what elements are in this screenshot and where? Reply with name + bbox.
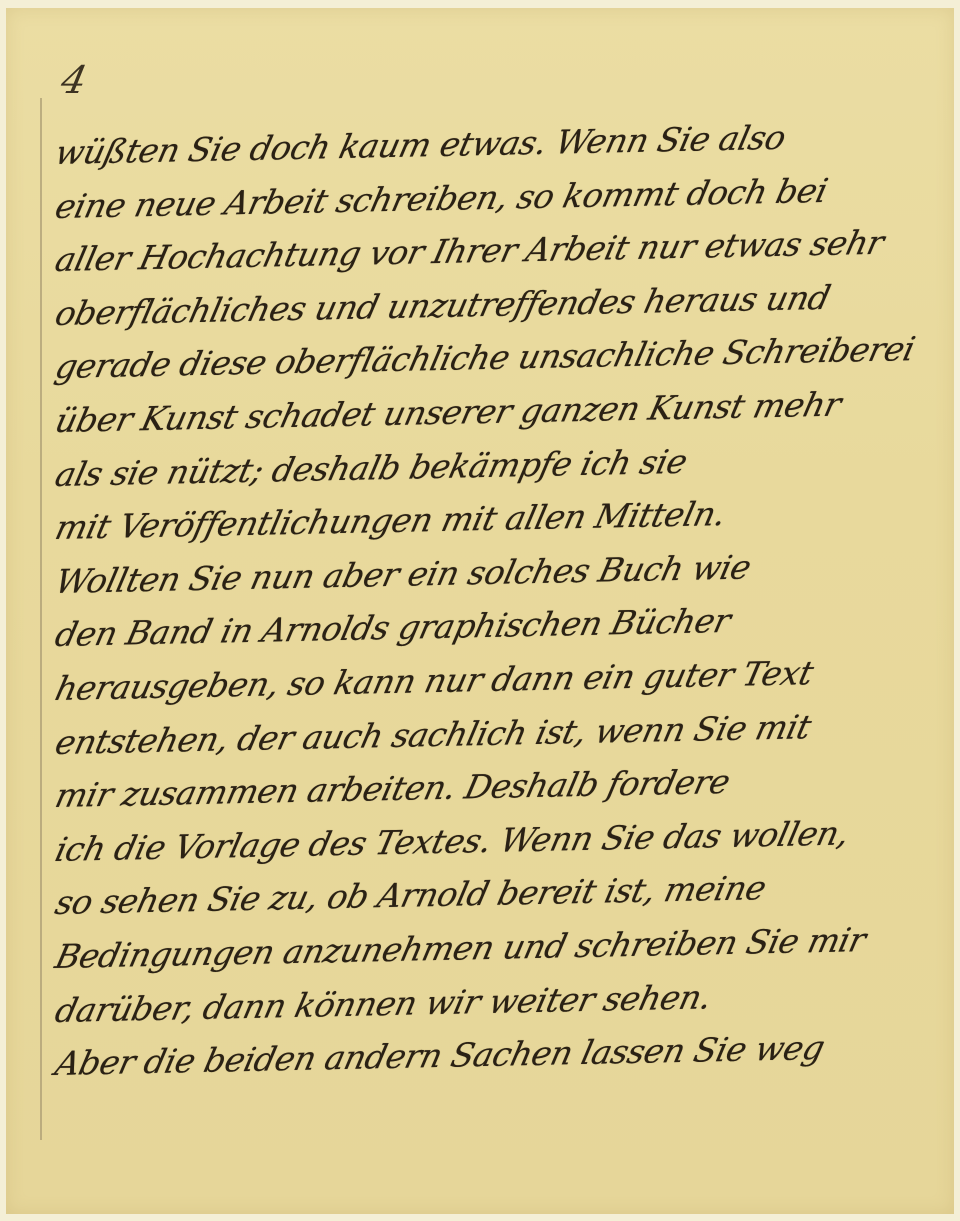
handwritten-text: wüßten Sie doch kaum etwas. Wenn Sie als… [56,126,936,1091]
page-number: 4 [57,58,91,102]
letter-page: 4 wüßten Sie doch kaum etwas. Wenn Sie a… [6,8,954,1214]
margin-line [40,98,42,1140]
